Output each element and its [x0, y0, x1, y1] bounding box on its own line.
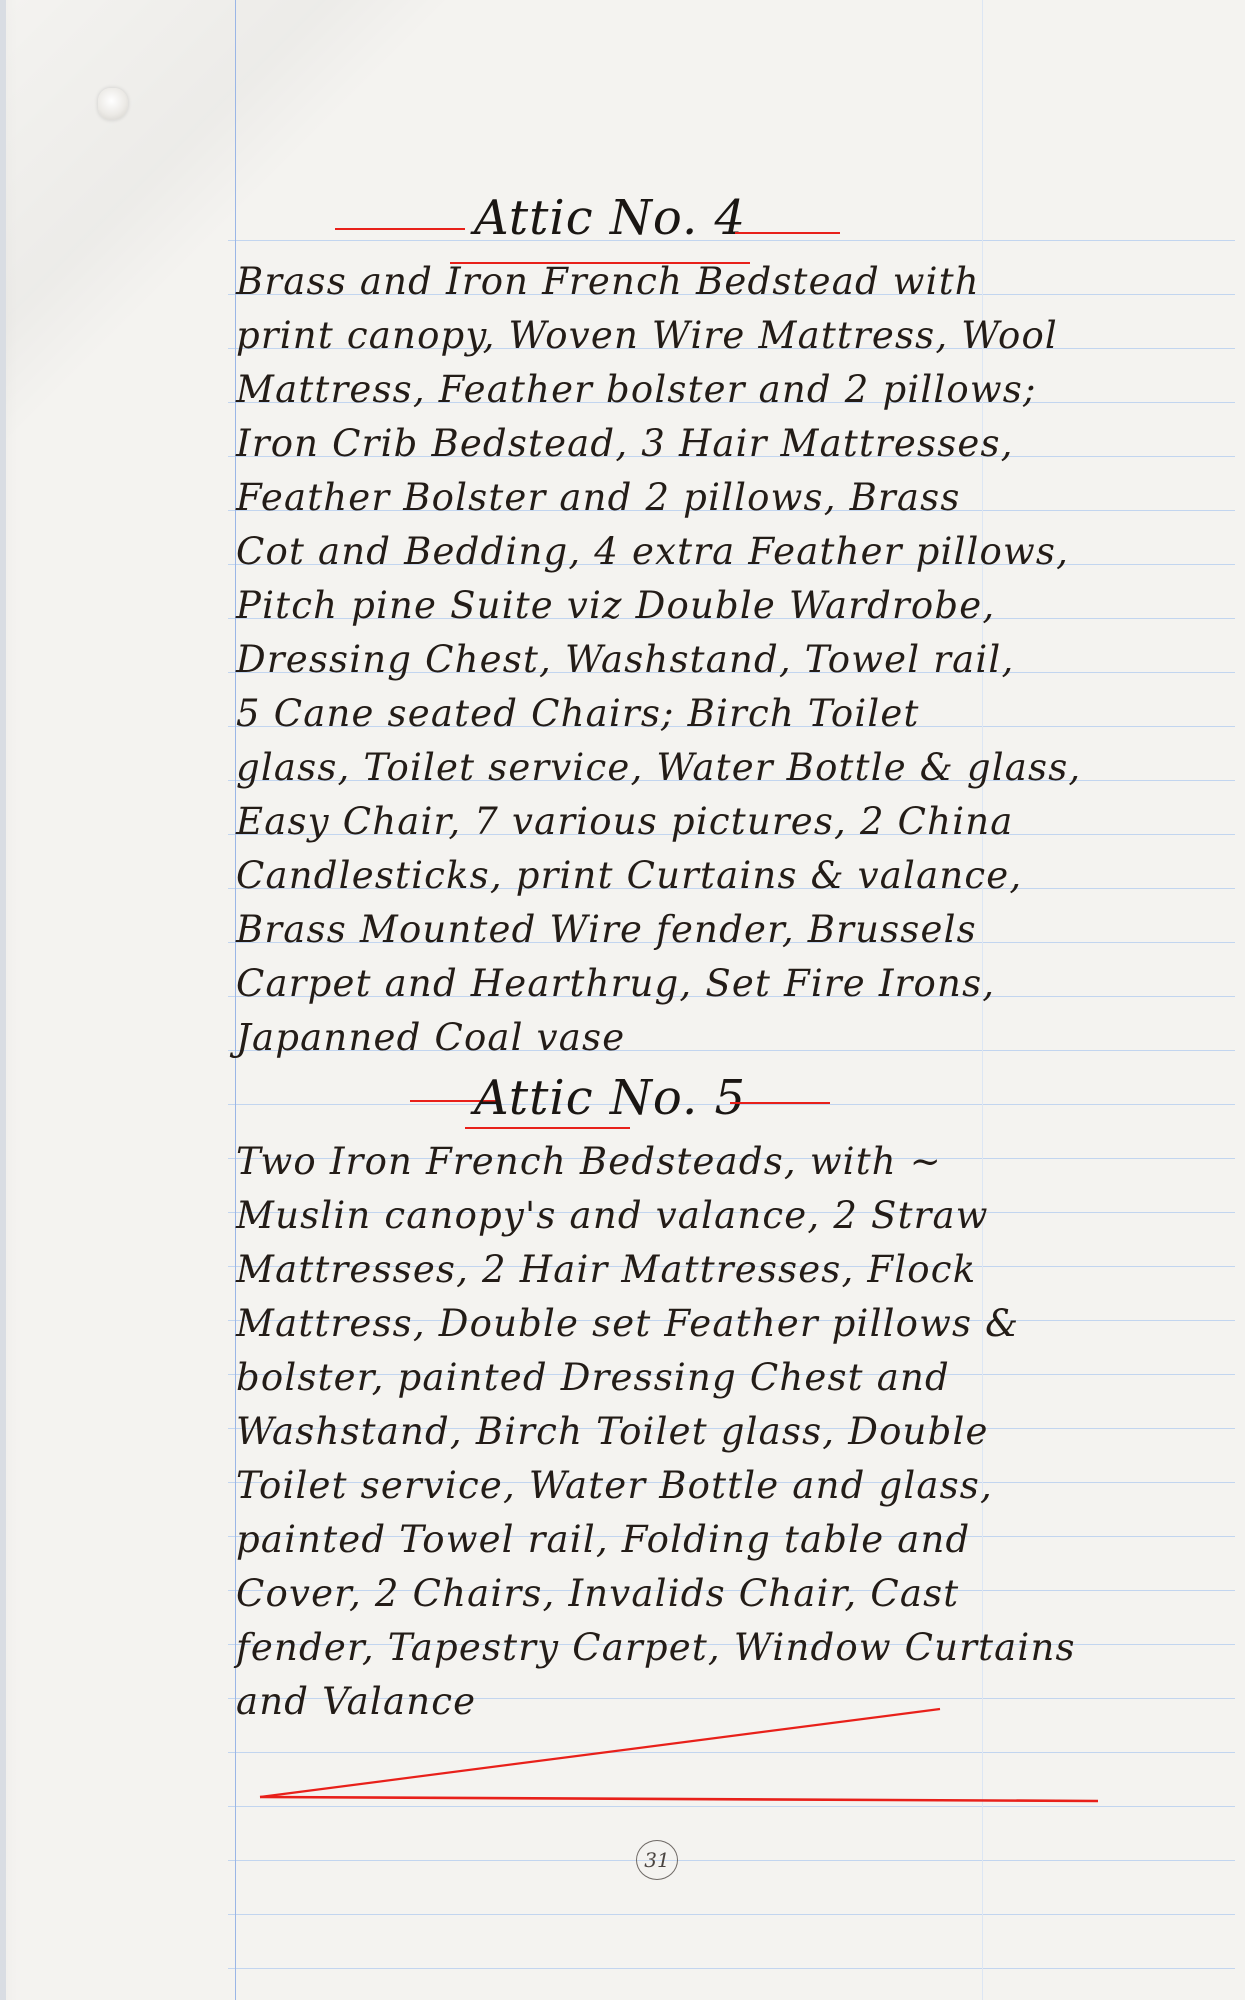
page-number-badge: 31 [636, 1840, 678, 1880]
closing-red-rule [0, 0, 1245, 2000]
ledger-page: Attic No. 4 Brass and Iron French Bedste… [0, 0, 1245, 2000]
